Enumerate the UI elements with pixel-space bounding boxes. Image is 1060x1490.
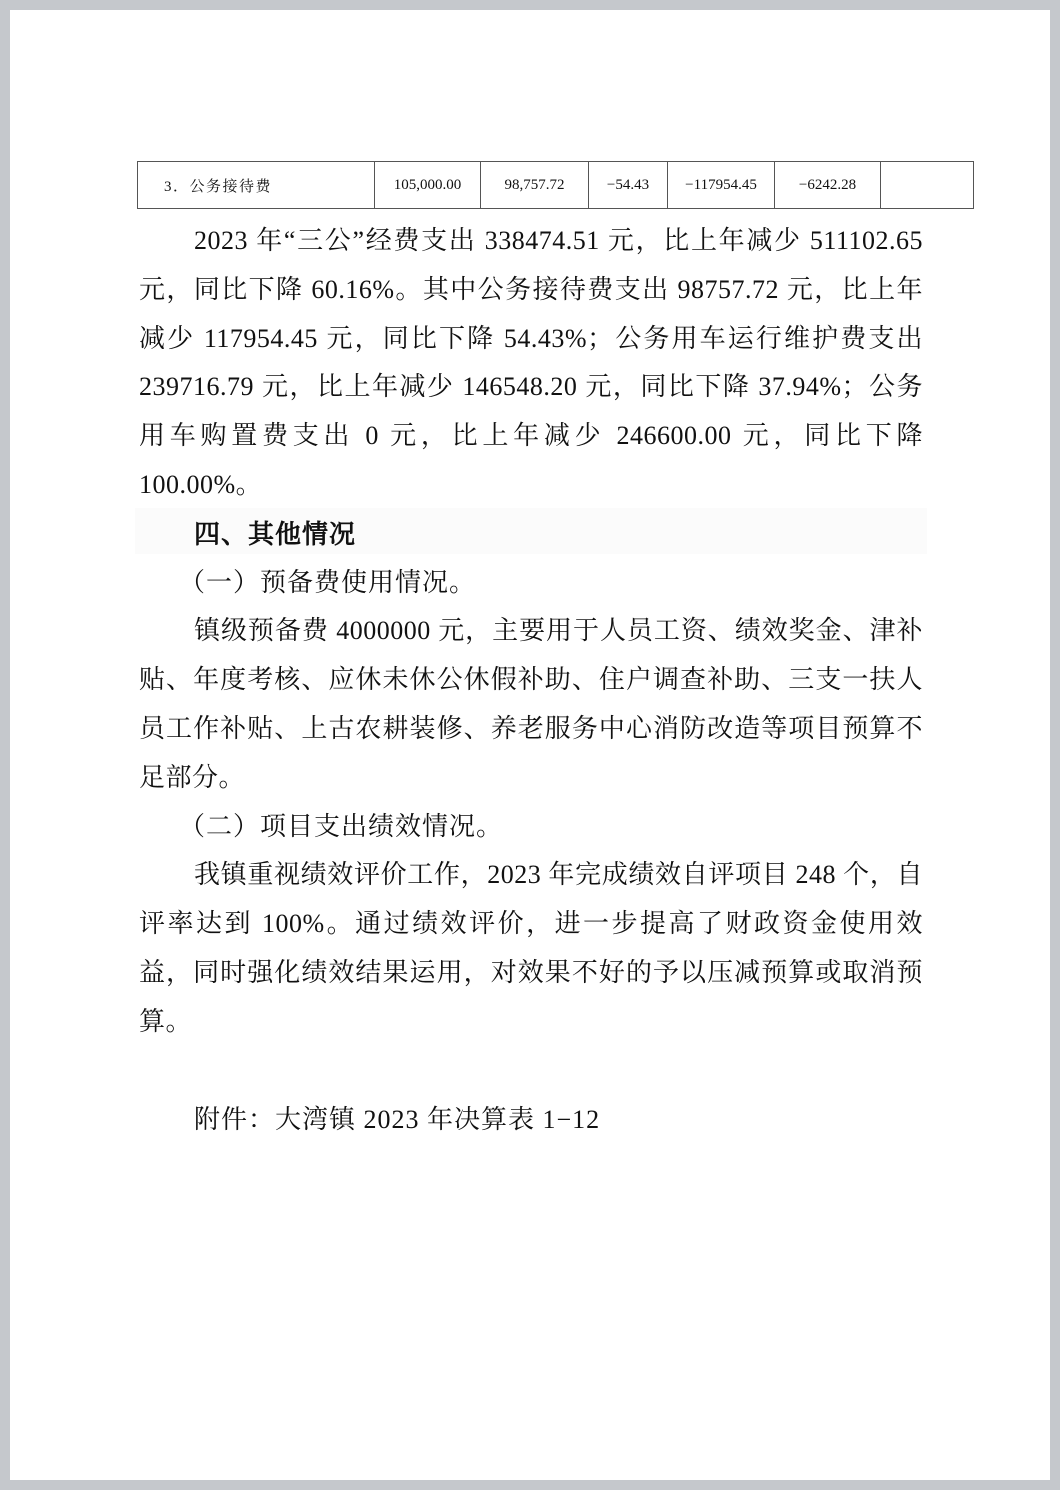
expense-table: 3．公务接待费 105,000.00 98,757.72 −54.43 −117… bbox=[137, 161, 974, 209]
reserve-fund-paragraph: 镇级预备费 4000000 元，主要用于人员工资、绩效奖金、津补贴、年度考核、应… bbox=[139, 607, 923, 802]
table-cell-note bbox=[881, 162, 974, 209]
table-cell-actual: 98,757.72 bbox=[481, 162, 589, 209]
table-cell-budget: 105,000.00 bbox=[375, 162, 481, 209]
section-heading-other: 四、其他情况 bbox=[139, 510, 923, 559]
three-public-expense-paragraph: 2023 年“三公”经费支出 338474.51 元，比上年减少 511102.… bbox=[139, 217, 923, 510]
attachment-note: 附件：大湾镇 2023 年决算表 1−12 bbox=[194, 1096, 600, 1145]
subheading-reserve-fund: （一）预备费使用情况。 bbox=[139, 559, 923, 608]
table-cell-yoy-change: −117954.45 bbox=[668, 162, 775, 209]
table-cell-item: 3．公务接待费 bbox=[138, 162, 375, 209]
document-page: 3．公务接待费 105,000.00 98,757.72 −54.43 −117… bbox=[10, 10, 1050, 1480]
subheading-project-performance: （二）项目支出绩效情况。 bbox=[139, 803, 923, 852]
body-text: 2023 年“三公”经费支出 338474.51 元，比上年减少 511102.… bbox=[139, 217, 923, 1047]
table-cell-percent-change: −54.43 bbox=[589, 162, 668, 209]
project-performance-paragraph: 我镇重视绩效评价工作，2023 年完成绩效自评项目 248 个，自评率达到 10… bbox=[139, 851, 923, 1046]
table-cell-budget-diff: −6242.28 bbox=[775, 162, 881, 209]
table-row: 3．公务接待费 105,000.00 98,757.72 −54.43 −117… bbox=[138, 162, 974, 209]
